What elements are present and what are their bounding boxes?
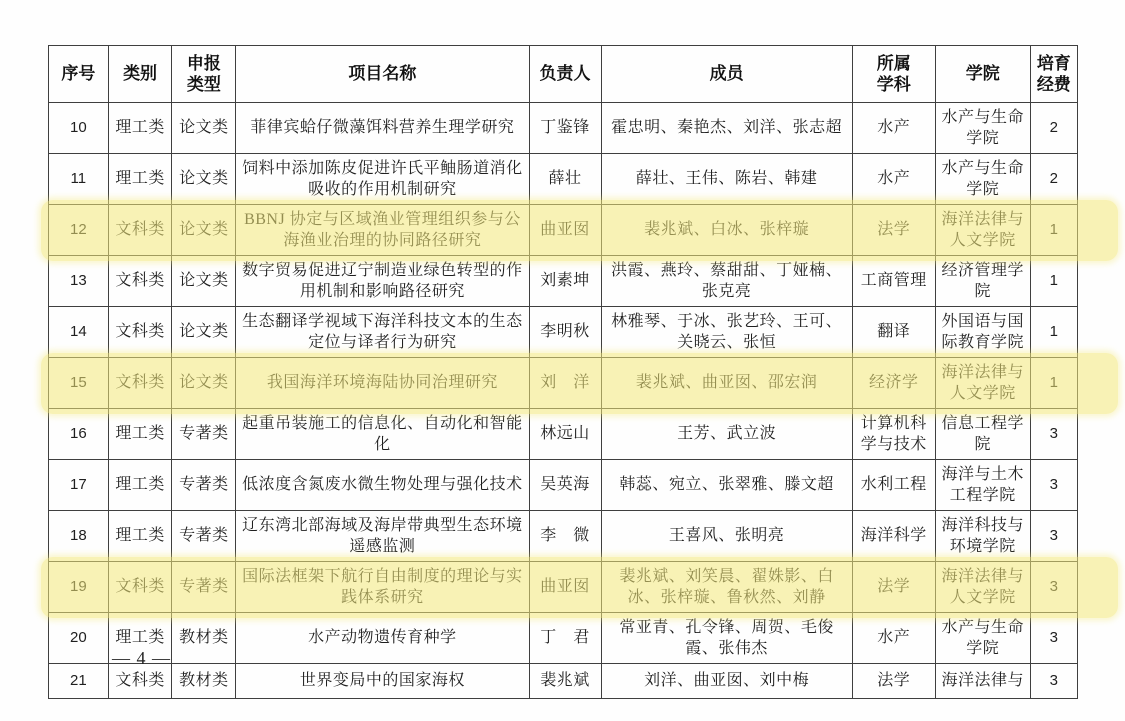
cell-no: 10 — [49, 103, 109, 154]
col-header-college: 学院 — [935, 46, 1030, 103]
cell-fund: 3 — [1030, 460, 1077, 511]
cell-college: 信息工程学院 — [935, 409, 1030, 460]
cell-discipline: 工商管理 — [852, 256, 935, 307]
document-page: 序号 类别 申报 类型 项目名称 负责人 成员 所属 学科 学院 培育 经费 1… — [0, 0, 1125, 721]
cell-fund: 2 — [1030, 154, 1077, 205]
cell-members: 常亚青、孔令锋、周贺、毛俊霞、张伟杰 — [601, 613, 852, 664]
cell-college: 水产与生命学院 — [935, 613, 1030, 664]
cell-members: 王喜风、张明亮 — [601, 511, 852, 562]
cell-leader: 吴英海 — [529, 460, 601, 511]
cell-members: 韩蕊、宛立、张翠雅、滕文超 — [601, 460, 852, 511]
cell-title: 水产动物遗传育种学 — [236, 613, 529, 664]
cell-discipline: 海洋科学 — [852, 511, 935, 562]
cell-discipline: 计算机科学与技术 — [852, 409, 935, 460]
cell-discipline: 法学 — [852, 205, 935, 256]
cell-college: 海洋与土木工程学院 — [935, 460, 1030, 511]
cell-fund: 1 — [1030, 205, 1077, 256]
cell-title: 世界变局中的国家海权 — [236, 664, 529, 699]
cell-discipline: 水产 — [852, 613, 935, 664]
cell-members: 裴兆斌、白冰、张梓璇 — [601, 205, 852, 256]
cell-type: 教材类 — [172, 664, 236, 699]
table-body: 10理工类论文类菲律宾蛤仔微藻饵料营养生理学研究丁鉴锋霍忠明、秦艳杰、刘洋、张志… — [49, 103, 1078, 699]
cell-category: 理工类 — [108, 154, 172, 205]
cell-type: 专著类 — [172, 409, 236, 460]
cell-college: 海洋法律与人文学院 — [935, 358, 1030, 409]
col-header-funding: 培育 经费 — [1030, 46, 1077, 103]
cell-leader: 刘 洋 — [529, 358, 601, 409]
cell-college: 水产与生命学院 — [935, 103, 1030, 154]
cell-members: 裴兆斌、刘笑晨、翟姝影、白冰、张梓璇、鲁秋然、刘静 — [601, 562, 852, 613]
cell-type: 专著类 — [172, 511, 236, 562]
cell-type: 论文类 — [172, 205, 236, 256]
cell-discipline: 法学 — [852, 664, 935, 699]
cell-leader: 李 微 — [529, 511, 601, 562]
cell-no: 14 — [49, 307, 109, 358]
cell-category: 理工类 — [108, 409, 172, 460]
cell-fund: 3 — [1030, 409, 1077, 460]
cell-no: 20 — [49, 613, 109, 664]
cell-members: 裴兆斌、曲亚囡、邵宏润 — [601, 358, 852, 409]
col-header-index: 序号 — [49, 46, 109, 103]
cell-discipline: 法学 — [852, 562, 935, 613]
table-row: 14文科类论文类生态翻译学视域下海洋科技文本的生态定位与译者行为研究李明秋林雅琴… — [49, 307, 1078, 358]
cell-title: 数字贸易促进辽宁制造业绿色转型的作用机制和影响路径研究 — [236, 256, 529, 307]
cell-leader: 薛壮 — [529, 154, 601, 205]
col-header-discipline: 所属 学科 — [852, 46, 935, 103]
cell-no: 13 — [49, 256, 109, 307]
cell-college: 经济管理学院 — [935, 256, 1030, 307]
cell-category: 理工类 — [108, 103, 172, 154]
cell-college: 水产与生命学院 — [935, 154, 1030, 205]
cell-no: 12 — [49, 205, 109, 256]
cell-members: 薛壮、王伟、陈岩、韩建 — [601, 154, 852, 205]
table-row: 19文科类专著类国际法框架下航行自由制度的理论与实践体系研究曲亚囡裴兆斌、刘笑晨… — [49, 562, 1078, 613]
cell-title: 国际法框架下航行自由制度的理论与实践体系研究 — [236, 562, 529, 613]
cell-category: 文科类 — [108, 256, 172, 307]
projects-table: 序号 类别 申报 类型 项目名称 负责人 成员 所属 学科 学院 培育 经费 1… — [48, 45, 1078, 699]
cell-college: 海洋法律与人文学院 — [935, 205, 1030, 256]
cell-title: 饲料中添加陈皮促进许氏平鲉肠道消化吸收的作用机制研究 — [236, 154, 529, 205]
cell-leader: 裴兆斌 — [529, 664, 601, 699]
cell-college: 海洋法律与 — [935, 664, 1030, 699]
cell-no: 16 — [49, 409, 109, 460]
cell-type: 教材类 — [172, 613, 236, 664]
cell-no: 17 — [49, 460, 109, 511]
table-row: 13文科类论文类数字贸易促进辽宁制造业绿色转型的作用机制和影响路径研究刘素坤洪霞… — [49, 256, 1078, 307]
cell-title: 起重吊装施工的信息化、自动化和智能化 — [236, 409, 529, 460]
cell-members: 王芳、武立波 — [601, 409, 852, 460]
table-row: 10理工类论文类菲律宾蛤仔微藻饵料营养生理学研究丁鉴锋霍忠明、秦艳杰、刘洋、张志… — [49, 103, 1078, 154]
table-row: 11理工类论文类饲料中添加陈皮促进许氏平鲉肠道消化吸收的作用机制研究薛壮薛壮、王… — [49, 154, 1078, 205]
cell-college: 海洋法律与人文学院 — [935, 562, 1030, 613]
cell-type: 论文类 — [172, 256, 236, 307]
table-row: 15文科类论文类我国海洋环境海陆协同治理研究刘 洋裴兆斌、曲亚囡、邵宏润经济学海… — [49, 358, 1078, 409]
cell-discipline: 水利工程 — [852, 460, 935, 511]
cell-title: 生态翻译学视域下海洋科技文本的生态定位与译者行为研究 — [236, 307, 529, 358]
cell-leader: 曲亚囡 — [529, 562, 601, 613]
table-row: 21文科类教材类世界变局中的国家海权裴兆斌刘洋、曲亚囡、刘中梅法学海洋法律与3 — [49, 664, 1078, 699]
col-header-members: 成员 — [601, 46, 852, 103]
cell-title: 低浓度含氮废水微生物处理与强化技术 — [236, 460, 529, 511]
cell-category: 文科类 — [108, 307, 172, 358]
cell-members: 霍忠明、秦艳杰、刘洋、张志超 — [601, 103, 852, 154]
table-row: 17理工类专著类低浓度含氮废水微生物处理与强化技术吴英海韩蕊、宛立、张翠雅、滕文… — [49, 460, 1078, 511]
cell-members: 林雅琴、于冰、张艺玲、王可、关晓云、张恒 — [601, 307, 852, 358]
cell-category: 文科类 — [108, 358, 172, 409]
cell-title: 菲律宾蛤仔微藻饵料营养生理学研究 — [236, 103, 529, 154]
cell-category: 理工类 — [108, 511, 172, 562]
table-row: 16理工类专著类起重吊装施工的信息化、自动化和智能化林远山王芳、武立波计算机科学… — [49, 409, 1078, 460]
cell-members: 洪霞、燕玲、蔡甜甜、丁娅楠、张克亮 — [601, 256, 852, 307]
cell-discipline: 翻译 — [852, 307, 935, 358]
cell-category: 理工类 — [108, 460, 172, 511]
cell-type: 论文类 — [172, 358, 236, 409]
cell-title: BBNJ 协定与区域渔业管理组织参与公海渔业治理的协同路径研究 — [236, 205, 529, 256]
col-header-category: 类别 — [108, 46, 172, 103]
cell-title: 辽东湾北部海域及海岸带典型生态环境遥感监测 — [236, 511, 529, 562]
cell-fund: 1 — [1030, 307, 1077, 358]
cell-college: 海洋科技与环境学院 — [935, 511, 1030, 562]
cell-fund: 3 — [1030, 511, 1077, 562]
cell-discipline: 经济学 — [852, 358, 935, 409]
col-header-application-type: 申报 类型 — [172, 46, 236, 103]
table-row: 20理工类教材类水产动物遗传育种学丁 君常亚青、孔令锋、周贺、毛俊霞、张伟杰水产… — [49, 613, 1078, 664]
cell-discipline: 水产 — [852, 103, 935, 154]
cell-fund: 2 — [1030, 103, 1077, 154]
table-row: 18理工类专著类辽东湾北部海域及海岸带典型生态环境遥感监测李 微王喜风、张明亮海… — [49, 511, 1078, 562]
table-row: 12文科类论文类BBNJ 协定与区域渔业管理组织参与公海渔业治理的协同路径研究曲… — [49, 205, 1078, 256]
cell-category: 文科类 — [108, 205, 172, 256]
col-header-project-name: 项目名称 — [236, 46, 529, 103]
cell-type: 专著类 — [172, 460, 236, 511]
cell-college: 外国语与国际教育学院 — [935, 307, 1030, 358]
cell-type: 论文类 — [172, 154, 236, 205]
cell-fund: 1 — [1030, 256, 1077, 307]
cell-no: 21 — [49, 664, 109, 699]
cell-type: 论文类 — [172, 307, 236, 358]
cell-no: 15 — [49, 358, 109, 409]
col-header-leader: 负责人 — [529, 46, 601, 103]
cell-no: 18 — [49, 511, 109, 562]
cell-members: 刘洋、曲亚囡、刘中梅 — [601, 664, 852, 699]
cell-no: 19 — [49, 562, 109, 613]
cell-category: 文科类 — [108, 562, 172, 613]
cell-title: 我国海洋环境海陆协同治理研究 — [236, 358, 529, 409]
cell-fund: 1 — [1030, 358, 1077, 409]
cell-discipline: 水产 — [852, 154, 935, 205]
cell-leader: 李明秋 — [529, 307, 601, 358]
cell-no: 11 — [49, 154, 109, 205]
cell-leader: 刘素坤 — [529, 256, 601, 307]
cell-type: 专著类 — [172, 562, 236, 613]
cell-type: 论文类 — [172, 103, 236, 154]
cell-leader: 曲亚囡 — [529, 205, 601, 256]
cell-leader: 丁 君 — [529, 613, 601, 664]
cell-fund: 3 — [1030, 664, 1077, 699]
cell-leader: 林远山 — [529, 409, 601, 460]
page-number: — 4 — — [112, 648, 171, 669]
cell-fund: 3 — [1030, 562, 1077, 613]
cell-fund: 3 — [1030, 613, 1077, 664]
header-row: 序号 类别 申报 类型 项目名称 负责人 成员 所属 学科 学院 培育 经费 — [49, 46, 1078, 103]
table-header: 序号 类别 申报 类型 项目名称 负责人 成员 所属 学科 学院 培育 经费 — [49, 46, 1078, 103]
cell-leader: 丁鉴锋 — [529, 103, 601, 154]
